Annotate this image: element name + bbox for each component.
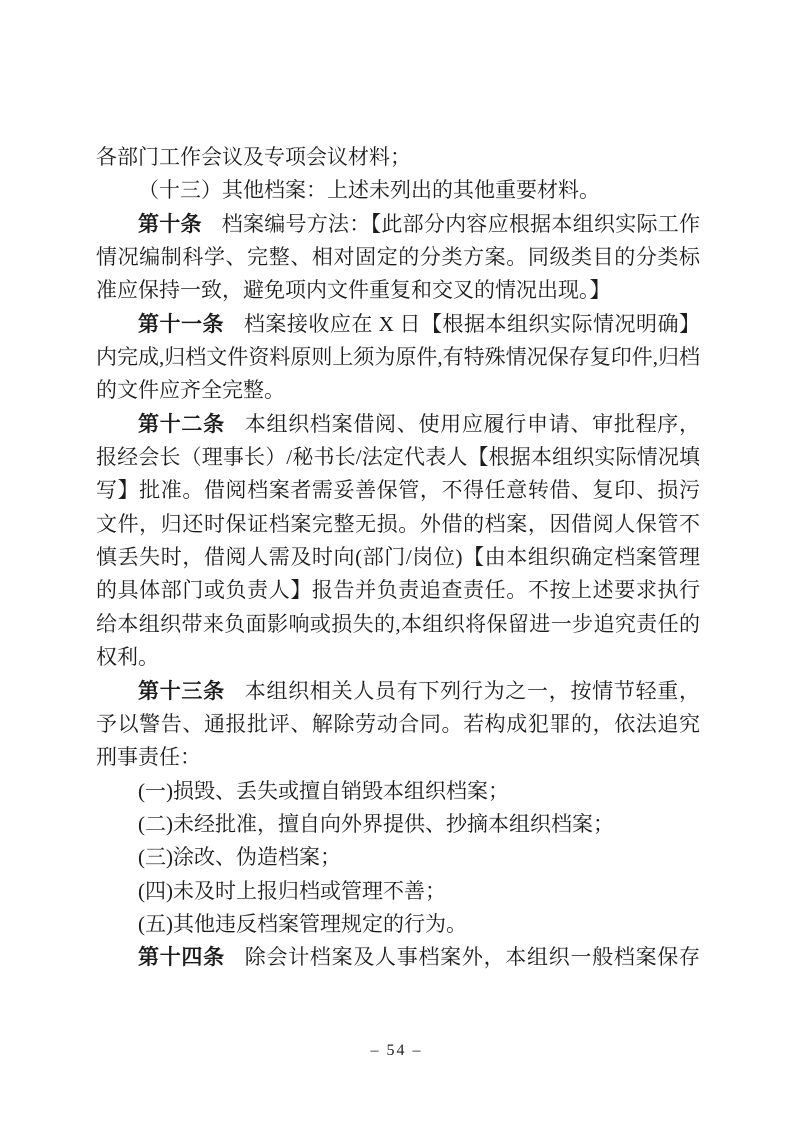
paragraph-text: (二)未经批准，擅自向外界提供、抄摘本组织档案； [138, 812, 614, 836]
paragraph: (四)未及时上报归档或管理不善； [96, 875, 700, 908]
paragraph: (三)涂改、伪造档案； [96, 841, 700, 874]
paragraph-text: (一)损毁、丢失或擅自销毁本组织档案； [138, 779, 509, 803]
paragraph: 第十四条除会计档案及人事档案外，本组织一般档案保存 [96, 941, 700, 974]
paragraph-text: (四)未及时上报归档或管理不善； [138, 879, 446, 903]
paragraph: (五)其他违反档案管理规定的行为。 [96, 908, 700, 941]
paragraph: (二)未经批准，擅自向外界提供、抄摘本组织档案； [96, 808, 700, 841]
document-page: 各部门工作会议及专项会议材料； （十三）其他档案：上述未列出的其他重要材料。 第… [0, 0, 793, 1122]
paragraph-text: （十三）其他档案：上述未列出的其他重要材料。 [138, 178, 600, 202]
paragraph: 各部门工作会议及专项会议材料； [96, 141, 700, 174]
paragraph: 第十三条本组织相关人员有下列行为之一，按情节轻重，予以警告、通报批评、解除劳动合… [96, 675, 700, 775]
article-number: 第十条 [138, 212, 202, 236]
paragraph-text: (五)其他违反档案管理规定的行为。 [138, 912, 467, 936]
article-number: 第十一条 [138, 312, 224, 336]
paragraph: （十三）其他档案：上述未列出的其他重要材料。 [96, 174, 700, 207]
paragraph-text: 本组织档案借阅、使用应履行申请、审批程序，报经会长（理事长）/秘书长/法定代表人… [96, 412, 700, 669]
paragraph: 第十二条本组织档案借阅、使用应履行申请、审批程序，报经会长（理事长）/秘书长/法… [96, 408, 700, 675]
article-number: 第十二条 [138, 412, 225, 436]
document-body: 各部门工作会议及专项会议材料； （十三）其他档案：上述未列出的其他重要材料。 第… [96, 141, 700, 975]
article-number: 第十四条 [138, 945, 225, 969]
article-number: 第十三条 [138, 679, 225, 703]
paragraph: 第十一条档案接收应在 X 日【根据本组织实际情况明确】内完成,归档文件资料原则上… [96, 308, 700, 408]
paragraph-text: (三)涂改、伪造档案； [138, 845, 341, 869]
paragraph: 第十条档案编号方法：【此部分内容应根据本组织实际工作情况编制科学、完整、相对固定… [96, 208, 700, 308]
page-number: – 54 – [0, 1042, 793, 1060]
paragraph-text: 各部门工作会议及专项会议材料； [96, 145, 411, 169]
paragraph: (一)损毁、丢失或擅自销毁本组织档案； [96, 775, 700, 808]
paragraph-text: 除会计档案及人事档案外，本组织一般档案保存 [245, 945, 700, 969]
